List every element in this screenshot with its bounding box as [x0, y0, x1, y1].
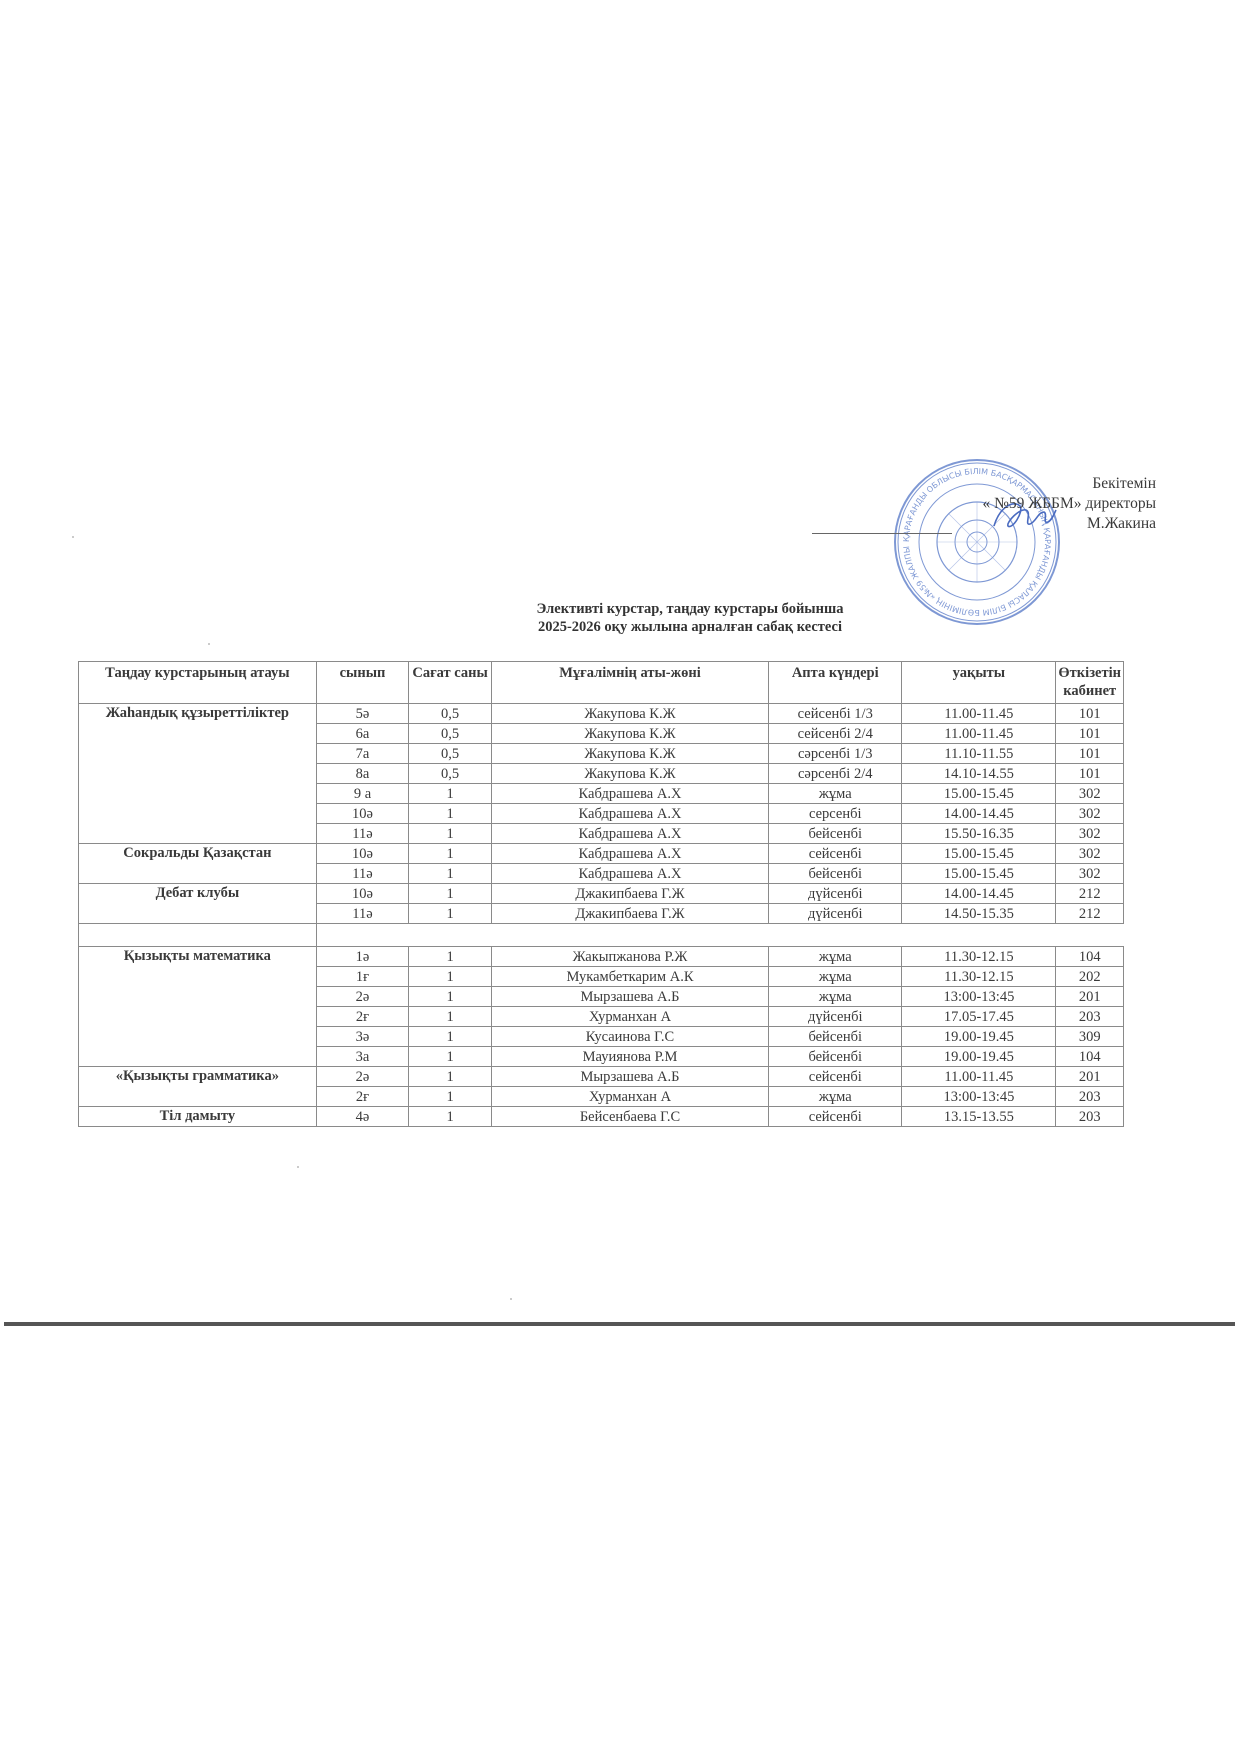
header-time: уақыты: [902, 662, 1056, 704]
time-cell: 19.00-19.45: [902, 1047, 1056, 1067]
header-grade: сынып: [316, 662, 409, 704]
table-row: Қызықты математика1ә1Жакыпжанова Р.Жжұма…: [79, 947, 1124, 967]
teacher-cell: Кабдрашева А.Х: [491, 864, 768, 884]
time-cell: 11.00-11.45: [902, 724, 1056, 744]
spacer-cell: [79, 924, 317, 947]
teacher-cell: Кабдрашева А.Х: [491, 784, 768, 804]
hours-cell: 1: [409, 1067, 492, 1087]
teacher-cell: Джакипбаева Г.Ж: [491, 884, 768, 904]
room-cell: 212: [1056, 904, 1124, 924]
approval-block: Бекітемін « №59 ЖББМ» директоры М.Жакина: [982, 474, 1156, 534]
grade-cell: 11ә: [316, 824, 409, 844]
time-cell: 11.10-11.55: [902, 744, 1056, 764]
room-cell: 302: [1056, 844, 1124, 864]
teacher-cell: Мырзашева А.Б: [491, 987, 768, 1007]
time-cell: 13:00-13:45: [902, 987, 1056, 1007]
room-cell: 302: [1056, 784, 1124, 804]
teacher-cell: Кабдрашева А.Х: [491, 804, 768, 824]
grade-cell: 1ғ: [316, 967, 409, 987]
grade-cell: 9 а: [316, 784, 409, 804]
day-cell: жұма: [769, 1087, 902, 1107]
teacher-cell: Жакупова К.Ж: [491, 724, 768, 744]
grade-cell: 6а: [316, 724, 409, 744]
grade-cell: 11ә: [316, 904, 409, 924]
grade-cell: 2ғ: [316, 1007, 409, 1027]
table-header-row: Таңдау курстарының атауы сынып Сағат сан…: [79, 662, 1124, 704]
room-cell: 101: [1056, 724, 1124, 744]
grade-cell: 2ә: [316, 1067, 409, 1087]
room-cell: 309: [1056, 1027, 1124, 1047]
teacher-cell: Жакупова К.Ж: [491, 704, 768, 724]
scan-speck: [510, 1298, 512, 1300]
schedule-table: Таңдау курстарының атауы сынып Сағат сан…: [78, 661, 1124, 1127]
approval-line-name: М.Жакина: [982, 514, 1156, 534]
room-cell: 101: [1056, 764, 1124, 784]
day-cell: дүйсенбі: [769, 884, 902, 904]
grade-cell: 11ә: [316, 864, 409, 884]
day-cell: сейсенбі 2/4: [769, 724, 902, 744]
room-cell: 104: [1056, 947, 1124, 967]
time-cell: 14.00-14.45: [902, 884, 1056, 904]
room-cell: 101: [1056, 744, 1124, 764]
hours-cell: 1: [409, 844, 492, 864]
day-cell: дүйсенбі: [769, 904, 902, 924]
day-cell: сейсенбі 1/3: [769, 704, 902, 724]
grade-cell: 10ә: [316, 844, 409, 864]
day-cell: сейсенбі: [769, 1067, 902, 1087]
day-cell: бейсенбі: [769, 824, 902, 844]
hours-cell: 1: [409, 987, 492, 1007]
day-cell: жұма: [769, 987, 902, 1007]
room-cell: 201: [1056, 1067, 1124, 1087]
day-cell: серсенбі: [769, 804, 902, 824]
hours-cell: 0,5: [409, 724, 492, 744]
room-cell: 202: [1056, 967, 1124, 987]
course-name-cell: Жаһандық құзыреттіліктер: [79, 704, 317, 844]
grade-cell: 10ә: [316, 804, 409, 824]
room-cell: 212: [1056, 884, 1124, 904]
day-cell: бейсенбі: [769, 1027, 902, 1047]
document-title: Элективті курстар, таңдау курстары бойын…: [0, 600, 1240, 636]
grade-cell: 3ә: [316, 1027, 409, 1047]
time-cell: 11.00-11.45: [902, 1067, 1056, 1087]
grade-cell: 3а: [316, 1047, 409, 1067]
time-cell: 17.05-17.45: [902, 1007, 1056, 1027]
time-cell: 15.50-16.35: [902, 824, 1056, 844]
teacher-cell: Хурманхан А: [491, 1087, 768, 1107]
time-cell: 15.00-15.45: [902, 784, 1056, 804]
header-hours: Сағат саны: [409, 662, 492, 704]
hours-cell: 1: [409, 967, 492, 987]
time-cell: 15.00-15.45: [902, 844, 1056, 864]
day-cell: жұма: [769, 967, 902, 987]
title-line-1: Элективті курстар, таңдау курстары бойын…: [140, 600, 1240, 618]
day-cell: бейсенбі: [769, 864, 902, 884]
teacher-cell: Бейсенбаева Г.С: [491, 1107, 768, 1127]
time-cell: 11.30-12.15: [902, 947, 1056, 967]
teacher-cell: Мырзашева А.Б: [491, 1067, 768, 1087]
teacher-cell: Мауиянова Р.М: [491, 1047, 768, 1067]
grade-cell: 4ә: [316, 1107, 409, 1127]
table-row: Сокральды Қазақстан10ә1Кабдрашева А.Хсей…: [79, 844, 1124, 864]
day-cell: дүйсенбі: [769, 1007, 902, 1027]
day-cell: сейсенбі: [769, 1107, 902, 1127]
course-name-cell: Дебат клубы: [79, 884, 317, 924]
page-bottom-rule: [4, 1322, 1235, 1326]
hours-cell: 0,5: [409, 744, 492, 764]
hours-cell: 1: [409, 947, 492, 967]
approval-line-director: « №59 ЖББМ» директоры: [982, 494, 1156, 514]
teacher-cell: Хурманхан А: [491, 1007, 768, 1027]
grade-cell: 10ә: [316, 884, 409, 904]
teacher-cell: Кабдрашева А.Х: [491, 844, 768, 864]
hours-cell: 1: [409, 824, 492, 844]
header-course: Таңдау курстарының атауы: [79, 662, 317, 704]
room-cell: 302: [1056, 804, 1124, 824]
teacher-cell: Кусаинова Г.С: [491, 1027, 768, 1047]
scan-speck: [297, 1166, 299, 1168]
time-cell: 14.50-15.35: [902, 904, 1056, 924]
grade-cell: 1ә: [316, 947, 409, 967]
grade-cell: 8а: [316, 764, 409, 784]
room-cell: 101: [1056, 704, 1124, 724]
course-name-cell: «Қызықты грамматика»: [79, 1067, 317, 1107]
time-cell: 11.30-12.15: [902, 967, 1056, 987]
grade-cell: 5ә: [316, 704, 409, 724]
day-cell: сәрсенбі 2/4: [769, 764, 902, 784]
day-cell: бейсенбі: [769, 1047, 902, 1067]
hours-cell: 0,5: [409, 764, 492, 784]
room-cell: 302: [1056, 864, 1124, 884]
grade-cell: 2ғ: [316, 1087, 409, 1107]
table-row: Тіл дамыту4ә1Бейсенбаева Г.Ссейсенбі13.1…: [79, 1107, 1124, 1127]
room-cell: 201: [1056, 987, 1124, 1007]
table-row: Дебат клубы10ә1Джакипбаева Г.Ждүйсенбі14…: [79, 884, 1124, 904]
hours-cell: 1: [409, 804, 492, 824]
room-cell: 203: [1056, 1007, 1124, 1027]
course-name-cell: Қызықты математика: [79, 947, 317, 1067]
day-cell: сәрсенбі 1/3: [769, 744, 902, 764]
hours-cell: 1: [409, 1107, 492, 1127]
room-cell: 302: [1056, 824, 1124, 844]
table-row: «Қызықты грамматика»2ә1Мырзашева А.Бсейс…: [79, 1067, 1124, 1087]
approval-line-approve: Бекітемін: [982, 474, 1156, 494]
time-cell: 13.15-13.55: [902, 1107, 1056, 1127]
hours-cell: 0,5: [409, 704, 492, 724]
hours-cell: 1: [409, 884, 492, 904]
time-cell: 13:00-13:45: [902, 1087, 1056, 1107]
time-cell: 19.00-19.45: [902, 1027, 1056, 1047]
time-cell: 14.10-14.55: [902, 764, 1056, 784]
header-teacher: Мұғалімнің аты-жөні: [491, 662, 768, 704]
day-cell: жұма: [769, 947, 902, 967]
teacher-cell: Джакипбаева Г.Ж: [491, 904, 768, 924]
room-cell: 104: [1056, 1047, 1124, 1067]
hours-cell: 1: [409, 1027, 492, 1047]
scan-speck: [72, 536, 74, 538]
table-spacer-row: [79, 924, 1124, 947]
teacher-cell: Мукамбеткарим А.К: [491, 967, 768, 987]
signature-line: [812, 533, 952, 534]
hours-cell: 1: [409, 904, 492, 924]
time-cell: 14.00-14.45: [902, 804, 1056, 824]
grade-cell: 2ә: [316, 987, 409, 1007]
hours-cell: 1: [409, 1007, 492, 1027]
teacher-cell: Кабдрашева А.Х: [491, 824, 768, 844]
hours-cell: 1: [409, 784, 492, 804]
spacer-cell: [316, 924, 1123, 947]
day-cell: жұма: [769, 784, 902, 804]
course-name-cell: Тіл дамыту: [79, 1107, 317, 1127]
teacher-cell: Жакупова К.Ж: [491, 744, 768, 764]
room-cell: 203: [1056, 1087, 1124, 1107]
course-name-cell: Сокральды Қазақстан: [79, 844, 317, 884]
room-cell: 203: [1056, 1107, 1124, 1127]
hours-cell: 1: [409, 864, 492, 884]
time-cell: 15.00-15.45: [902, 864, 1056, 884]
header-room: Өткізетін кабинет: [1056, 662, 1124, 704]
title-line-2: 2025-2026 оқу жылына арналған сабақ кест…: [140, 618, 1240, 636]
grade-cell: 7а: [316, 744, 409, 764]
hours-cell: 1: [409, 1047, 492, 1067]
teacher-cell: Жакыпжанова Р.Ж: [491, 947, 768, 967]
scan-speck: [208, 643, 210, 645]
header-days: Апта күндері: [769, 662, 902, 704]
table-row: Жаһандық құзыреттіліктер5ә0,5Жакупова К.…: [79, 704, 1124, 724]
teacher-cell: Жакупова К.Ж: [491, 764, 768, 784]
day-cell: сейсенбі: [769, 844, 902, 864]
time-cell: 11.00-11.45: [902, 704, 1056, 724]
hours-cell: 1: [409, 1087, 492, 1107]
